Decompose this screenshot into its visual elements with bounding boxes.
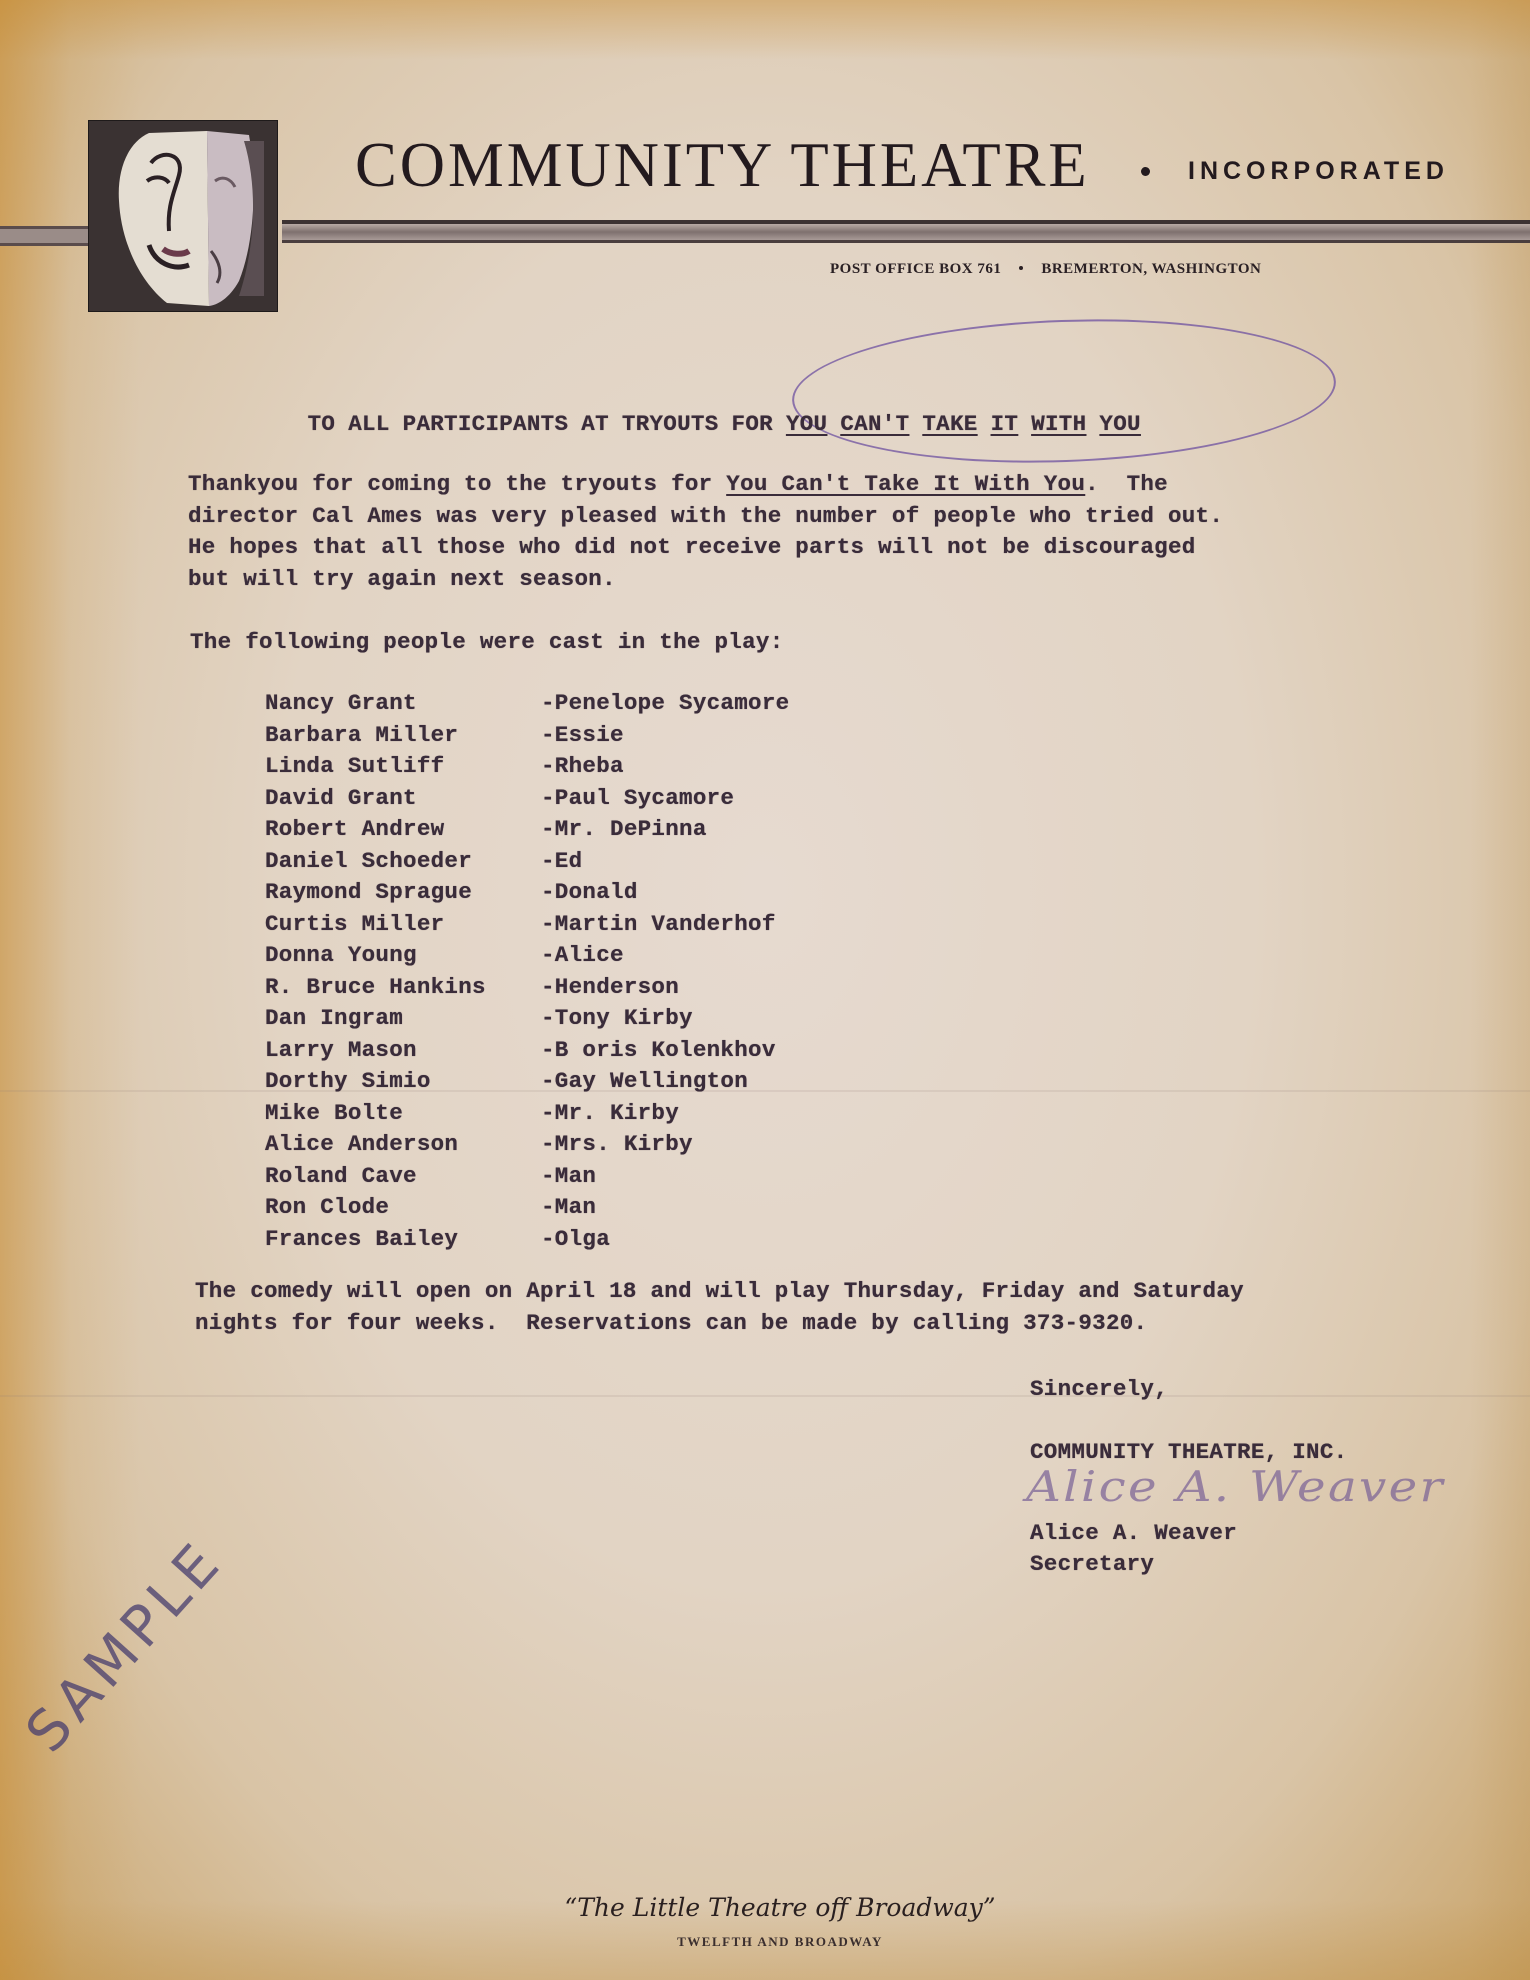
address-po-box: POST OFFICE BOX 761 (830, 261, 1001, 277)
play-title-word: CAN'T (840, 411, 909, 437)
handwritten-signature: Alice A. Weaver (1026, 1462, 1445, 1511)
cast-row: Curtis Miller-Martin Vanderhof (265, 909, 789, 941)
cast-row: David Grant-Paul Sycamore (265, 783, 789, 815)
cast-actor: Larry Mason (265, 1035, 541, 1067)
heading-word: AT (581, 411, 609, 437)
footer-address: TWELFTH AND BROADWAY (0, 1934, 1530, 1950)
cast-row: Larry Mason-B oris Kolenkhov (265, 1035, 789, 1067)
cast-actor: Linda Sutliff (265, 751, 541, 783)
cast-actor: Barbara Miller (265, 720, 541, 752)
heading-word: PARTICIPANTS (403, 411, 569, 437)
letter-heading: TOALLPARTICIPANTSATTRYOUTSFORYOUCAN'TTAK… (280, 377, 1154, 440)
valediction: Sincerely, (1030, 1374, 1347, 1406)
cast-role: -Henderson (541, 972, 679, 1004)
cast-actor: Donna Young (265, 940, 541, 972)
letterhead-address: POST OFFICE BOX 761BREMERTON, WASHINGTON (830, 261, 1261, 278)
cast-actor: Robert Andrew (265, 814, 541, 846)
paragraph-line: nights for four weeks. Reservations can … (195, 1308, 1244, 1340)
cast-role: -Alice (541, 940, 624, 972)
cast-actor: Nancy Grant (265, 688, 541, 720)
cast-row: Alice Anderson-Mrs. Kirby (265, 1129, 789, 1161)
intro-paragraph: Thankyou for coming to the tryouts for Y… (188, 469, 1223, 595)
cast-role: -Penelope Sycamore (541, 688, 789, 720)
play-title-word: YOU (786, 411, 827, 437)
play-title-word: WITH (1031, 411, 1086, 437)
cast-actor: R. Bruce Hankins (265, 972, 541, 1004)
cast-row: Dorthy Simio-Gay Wellington (265, 1066, 789, 1098)
cast-intro: The following people were cast in the pl… (190, 627, 784, 659)
cast-role: -Gay Wellington (541, 1066, 748, 1098)
cast-actor: Curtis Miller (265, 909, 541, 941)
organization-name: COMMUNITY THEATRE (355, 128, 1090, 202)
cast-row: Donna Young-Alice (265, 940, 789, 972)
play-title-word: TAKE (922, 411, 977, 437)
cast-actor: Roland Cave (265, 1161, 541, 1193)
heading-word: FOR (732, 411, 773, 437)
bullet-separator (1141, 167, 1150, 176)
letterhead-rule (282, 220, 1530, 243)
address-city: BREMERTON, WASHINGTON (1041, 261, 1261, 277)
cast-actor: Daniel Schoeder (265, 846, 541, 878)
cast-actor: Ron Clode (265, 1192, 541, 1224)
cast-actor: Mike Bolte (265, 1098, 541, 1130)
letterhead-rule (0, 226, 88, 246)
signatory-name: Alice A. Weaver (1030, 1518, 1347, 1550)
text-run: . The (1085, 471, 1168, 497)
text-run: Thankyou for coming to the tryouts for (188, 471, 726, 497)
cast-role: -Martin Vanderhof (541, 909, 776, 941)
cast-actor: Dorthy Simio (265, 1066, 541, 1098)
cast-row: Frances Bailey-Olga (265, 1224, 789, 1256)
play-title-word: IT (991, 411, 1019, 437)
footer-motto: “The Little Theatre off Broadway” (0, 1893, 1530, 1922)
closing-paragraph: The comedy will open on April 18 and wil… (195, 1276, 1244, 1339)
cast-role: -Essie (541, 720, 624, 752)
paragraph-line: Thankyou for coming to the tryouts for Y… (188, 469, 1223, 501)
paragraph-line: director Cal Ames was very pleased with … (188, 501, 1223, 533)
cast-role: -Mrs. Kirby (541, 1129, 693, 1161)
cast-row: Daniel Schoeder-Ed (265, 846, 789, 878)
cast-role: -Tony Kirby (541, 1003, 693, 1035)
heading-word: TO (308, 411, 336, 437)
organization-suffix: INCORPORATED (1188, 157, 1449, 186)
cast-row: Barbara Miller-Essie (265, 720, 789, 752)
cast-actor: Raymond Sprague (265, 877, 541, 909)
play-title-word: YOU (1099, 411, 1140, 437)
cast-row: Robert Andrew-Mr. DePinna (265, 814, 789, 846)
heading-word: ALL (348, 411, 389, 437)
bullet-separator (1019, 266, 1023, 270)
cast-role: -Man (541, 1161, 596, 1193)
cast-role: -Mr. Kirby (541, 1098, 679, 1130)
cast-role: -B oris Kolenkhov (541, 1035, 776, 1067)
cast-row: Linda Sutliff-Rheba (265, 751, 789, 783)
paragraph-line: He hopes that all those who did not rece… (188, 532, 1223, 564)
cast-row: Roland Cave-Man (265, 1161, 789, 1193)
cast-row: R. Bruce Hankins-Henderson (265, 972, 789, 1004)
cast-list: Nancy Grant-Penelope SycamoreBarbara Mil… (265, 688, 789, 1255)
sample-handwritten-mark: SAMPLE (14, 1529, 236, 1765)
cast-actor: Dan Ingram (265, 1003, 541, 1035)
cast-row: Nancy Grant-Penelope Sycamore (265, 688, 789, 720)
heading-word: TRYOUTS (622, 411, 719, 437)
cast-role: -Donald (541, 877, 638, 909)
cast-role: -Rheba (541, 751, 624, 783)
cast-row: Ron Clode-Man (265, 1192, 789, 1224)
cast-role: -Paul Sycamore (541, 783, 734, 815)
cast-row: Raymond Sprague-Donald (265, 877, 789, 909)
cast-row: Dan Ingram-Tony Kirby (265, 1003, 789, 1035)
cast-role: -Mr. DePinna (541, 814, 707, 846)
cast-role: -Ed (541, 846, 582, 878)
cast-actor: Frances Bailey (265, 1224, 541, 1256)
cast-actor: David Grant (265, 783, 541, 815)
paragraph-line: The comedy will open on April 18 and wil… (195, 1276, 1244, 1308)
play-title: You Can't Take It With You (726, 471, 1085, 497)
comedy-tragedy-masks-icon (88, 120, 278, 312)
cast-role: -Olga (541, 1224, 610, 1256)
cast-actor: Alice Anderson (265, 1129, 541, 1161)
cast-role: -Man (541, 1192, 596, 1224)
cast-row: Mike Bolte-Mr. Kirby (265, 1098, 789, 1130)
paragraph-line: but will try again next season. (188, 564, 1223, 596)
signatory-title: Secretary (1030, 1549, 1347, 1581)
